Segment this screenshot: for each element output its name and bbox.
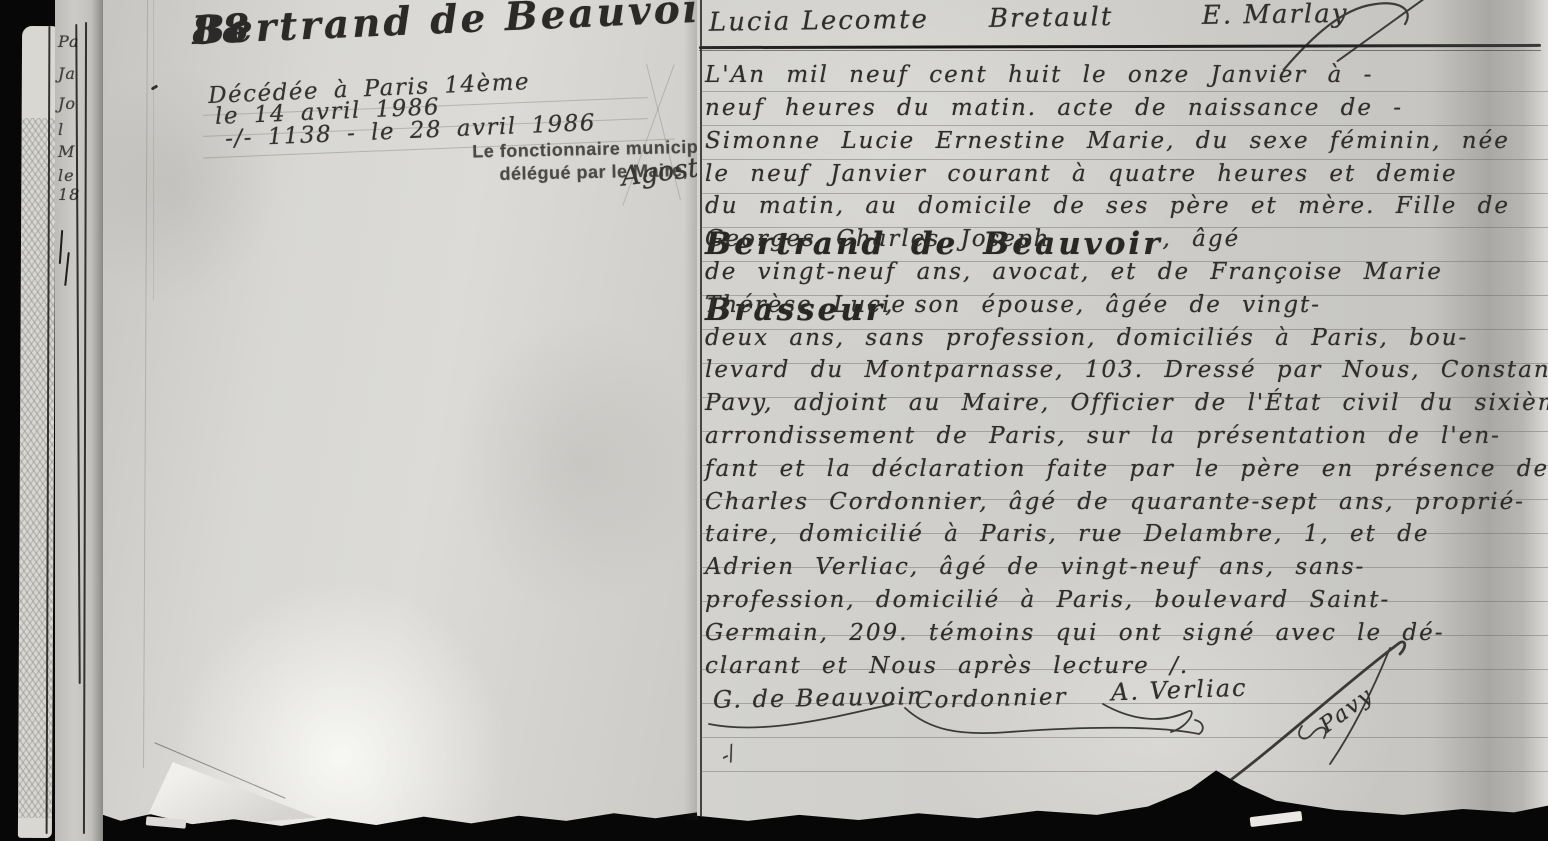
underpage-fragment: M [58,142,75,161]
signature-bretault: Bretault [989,2,1114,34]
underpage-fragment: le [58,166,75,185]
spine-page-edge [18,26,56,838]
act-text-line-father: Georges Charles Joseph Bertrand de Beauv… [705,226,1163,259]
underpage-fragment: Jo [58,94,76,113]
beauvoir-signature-flourish [707,702,907,734]
left-page: Bertrand de Beauvoir 88 Décédée à Paris … [103,0,697,841]
underpage-fragment: l [58,120,64,139]
signature-lucia-lecomte: Lucia Lecomte [709,5,929,38]
civil-register-scan: Pa Ja Jo l M le 18 Bertrand de Beauvoir … [0,0,1548,841]
ink-stroke-mark [64,252,70,286]
act-number: 88 [191,5,253,54]
underpage-fragment: Ja [58,64,76,83]
act-separator-rule-thin [699,50,1541,51]
binding-mesh-texture [18,118,56,818]
pavy-signature-flourish [1202,630,1417,798]
torn-paper-chip [1250,811,1303,827]
act-text-line-mother: Thérèse Lucie Brasseur, son épouse, âgée… [705,292,885,325]
ink-dot [151,84,159,90]
registered-name: Bertrand de Beauvoir [191,0,725,54]
paper-crease [143,0,148,768]
ink-stroke-mark [59,230,63,264]
gutter-shadow [684,0,698,820]
paper-crease [153,0,154,300]
right-page: Lucia Lecomte Bretault E. Marlay L'An mi… [697,0,1548,841]
